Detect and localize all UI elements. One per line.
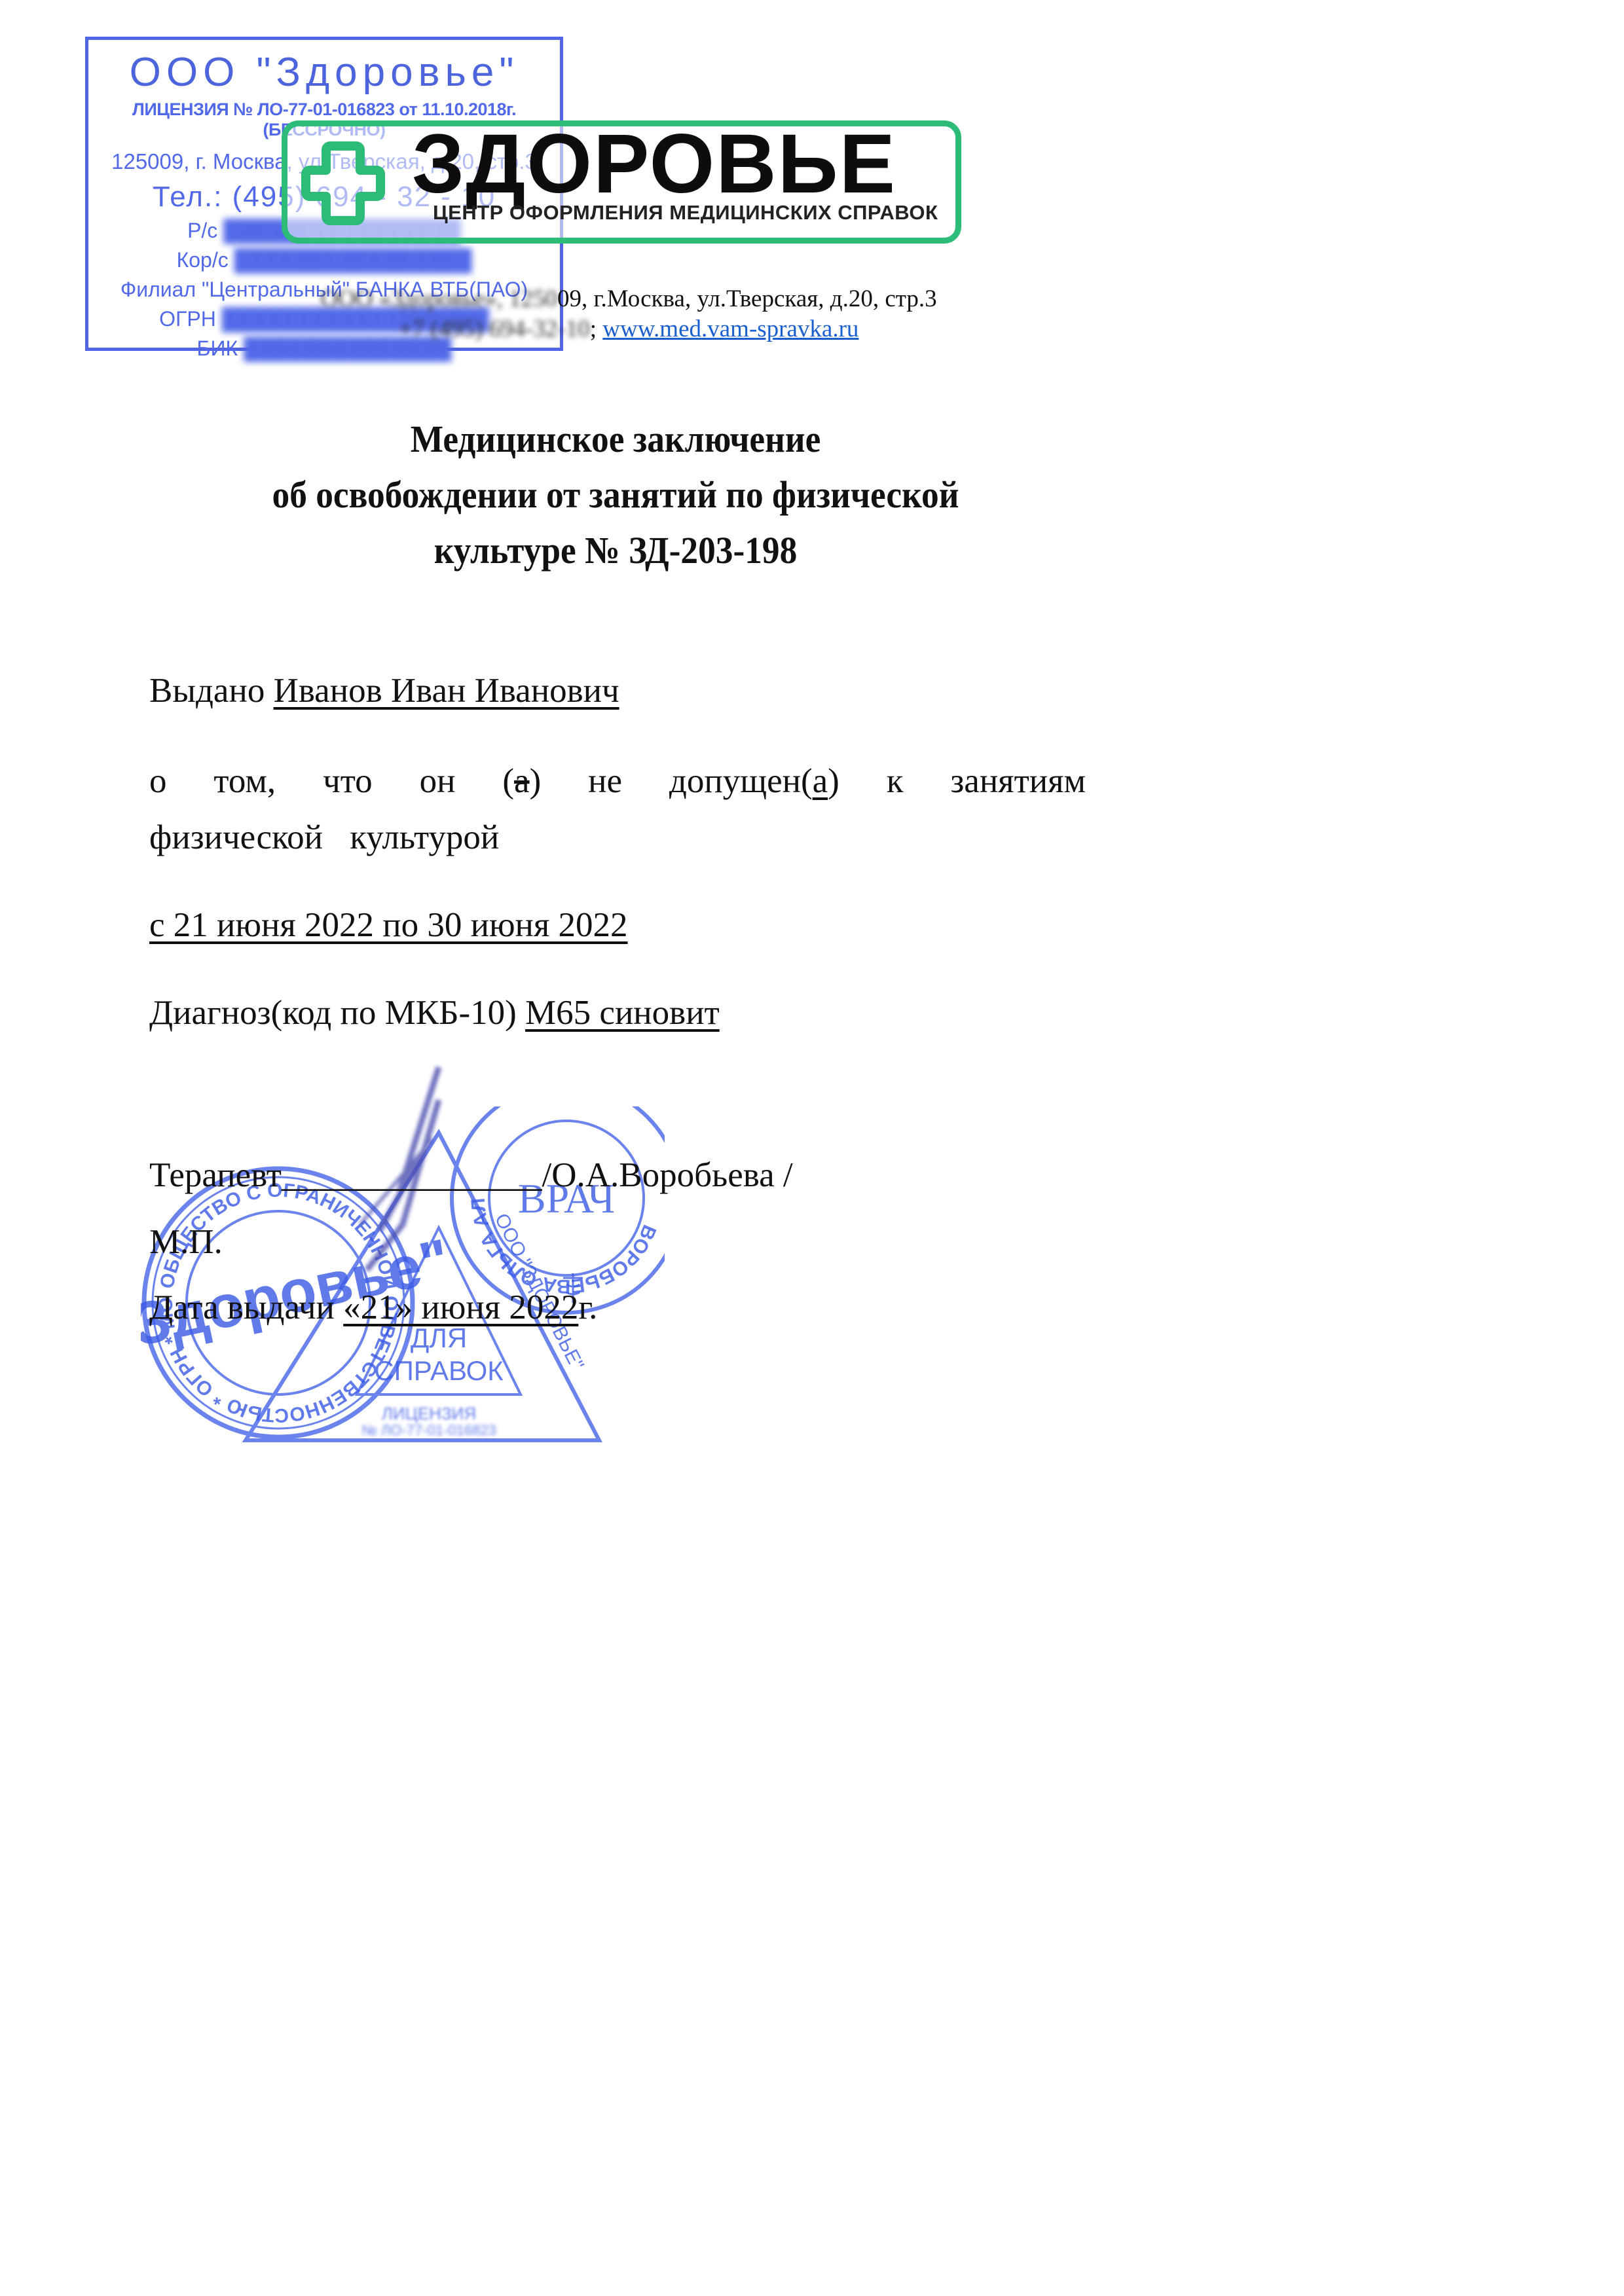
title-line-1: Медицинское заключение <box>49 411 1182 467</box>
diagnosis-value: М65 синовит <box>525 994 720 1032</box>
header-separator: ; <box>590 316 603 342</box>
stamp-corr-account: Кор/с ████████████████ <box>88 248 560 272</box>
title-line-2: об освобождении от занятий по физической <box>49 467 1182 522</box>
statement-part-2: ) не допущен( <box>530 762 813 800</box>
triangle-seal-bottom-2: № ЛО-77-01-016823 <box>361 1422 496 1438</box>
period-value: с 21 июня 2022 по 30 июня 2022 <box>149 906 628 944</box>
header-address-line: ООО «Здоровье», 125009, г.Москва, ул.Тве… <box>275 284 982 314</box>
brand-name: ЗДОРОВЬЕ <box>412 122 896 206</box>
statement-part-1: о том, что он ( <box>149 762 514 800</box>
signature-blank: _______________ <box>282 1156 542 1194</box>
website-link[interactable]: www.med.vam-spravka.ru <box>602 316 858 342</box>
brand-logo: ЗДОРОВЬЕ ЦЕНТР ОФОРМЛЕНИЯ МЕДИЦИНСКИХ СП… <box>282 120 961 244</box>
stamp-ogrn-label: ОГРН <box>159 307 216 331</box>
header-address: ООО «Здоровье», 125009, г.Москва, ул.Тве… <box>275 284 982 344</box>
document-title: Медицинское заключение об освобождении о… <box>49 411 1182 578</box>
doctor-seal-outer-ring <box>452 1106 665 1313</box>
issue-date-suffix: г. <box>578 1288 597 1326</box>
header-org-redacted: ООО «Здоровье», 1250 <box>320 285 557 312</box>
issued-to-line: Выдано Иванов Иван Иванович <box>149 668 1099 714</box>
issue-date-value: «21» июня 2022 <box>343 1288 578 1326</box>
header-contacts-line: +7 (495) 694-32-10; www.med.vam-spravka.… <box>275 314 982 344</box>
diagnosis-label: Диагноз(код по МКБ-10) <box>149 994 525 1032</box>
doctor-role: Терапевт <box>149 1156 282 1194</box>
triangle-seal-bottom-1: ЛИЦЕНЗИЯ <box>382 1404 476 1423</box>
exemption-period: с 21 июня 2022 по 30 июня 2022 <box>149 902 1099 948</box>
stamp-corr-account-label: Кор/с <box>177 248 229 272</box>
issue-date-line: Дата выдачи «21» июня 2022г. <box>149 1285 1099 1330</box>
stamp-company-title: ООО "Здоровье" <box>88 49 560 96</box>
medical-cross-icon <box>301 141 386 226</box>
stamp-corr-account-redacted: ████████████████ <box>234 248 472 272</box>
statement-struck-letter: а <box>514 762 530 800</box>
seal-place-label: М.П. <box>149 1223 223 1261</box>
stamp-account-label: Р/с <box>187 219 217 242</box>
issued-label: Выдано <box>149 672 274 710</box>
statement-underlined-letter: а <box>813 762 828 800</box>
issue-date-label: Дата выдачи <box>149 1288 343 1326</box>
header-address-text: 09, г.Москва, ул.Тверская, д.20, стр.3 <box>557 285 937 312</box>
title-line-3: культуре № ЗД-203-198 <box>49 522 1182 578</box>
triangle-seal-line-2: СПРАВОК <box>374 1355 504 1386</box>
statement: о том, что он (а) не допущен(а) к заняти… <box>149 753 1086 866</box>
diagnosis-line: Диагноз(код по МКБ-10) М65 синовит <box>149 990 1099 1036</box>
patient-name: Иванов Иван Иванович <box>274 672 619 710</box>
doctor-name: /О.А.Воробьева / <box>542 1156 792 1194</box>
stamp-bik-label: БИК <box>197 337 238 360</box>
header-phone: +7 (495) 694-32-10 <box>399 316 590 342</box>
seal-place-line: М.П. <box>149 1219 1099 1265</box>
brand-tagline: ЦЕНТР ОФОРМЛЕНИЯ МЕДИЦИНСКИХ СПРАВОК <box>433 201 938 225</box>
signature-line: Терапевт_______________/О.А.Воробьева / <box>149 1152 1099 1198</box>
